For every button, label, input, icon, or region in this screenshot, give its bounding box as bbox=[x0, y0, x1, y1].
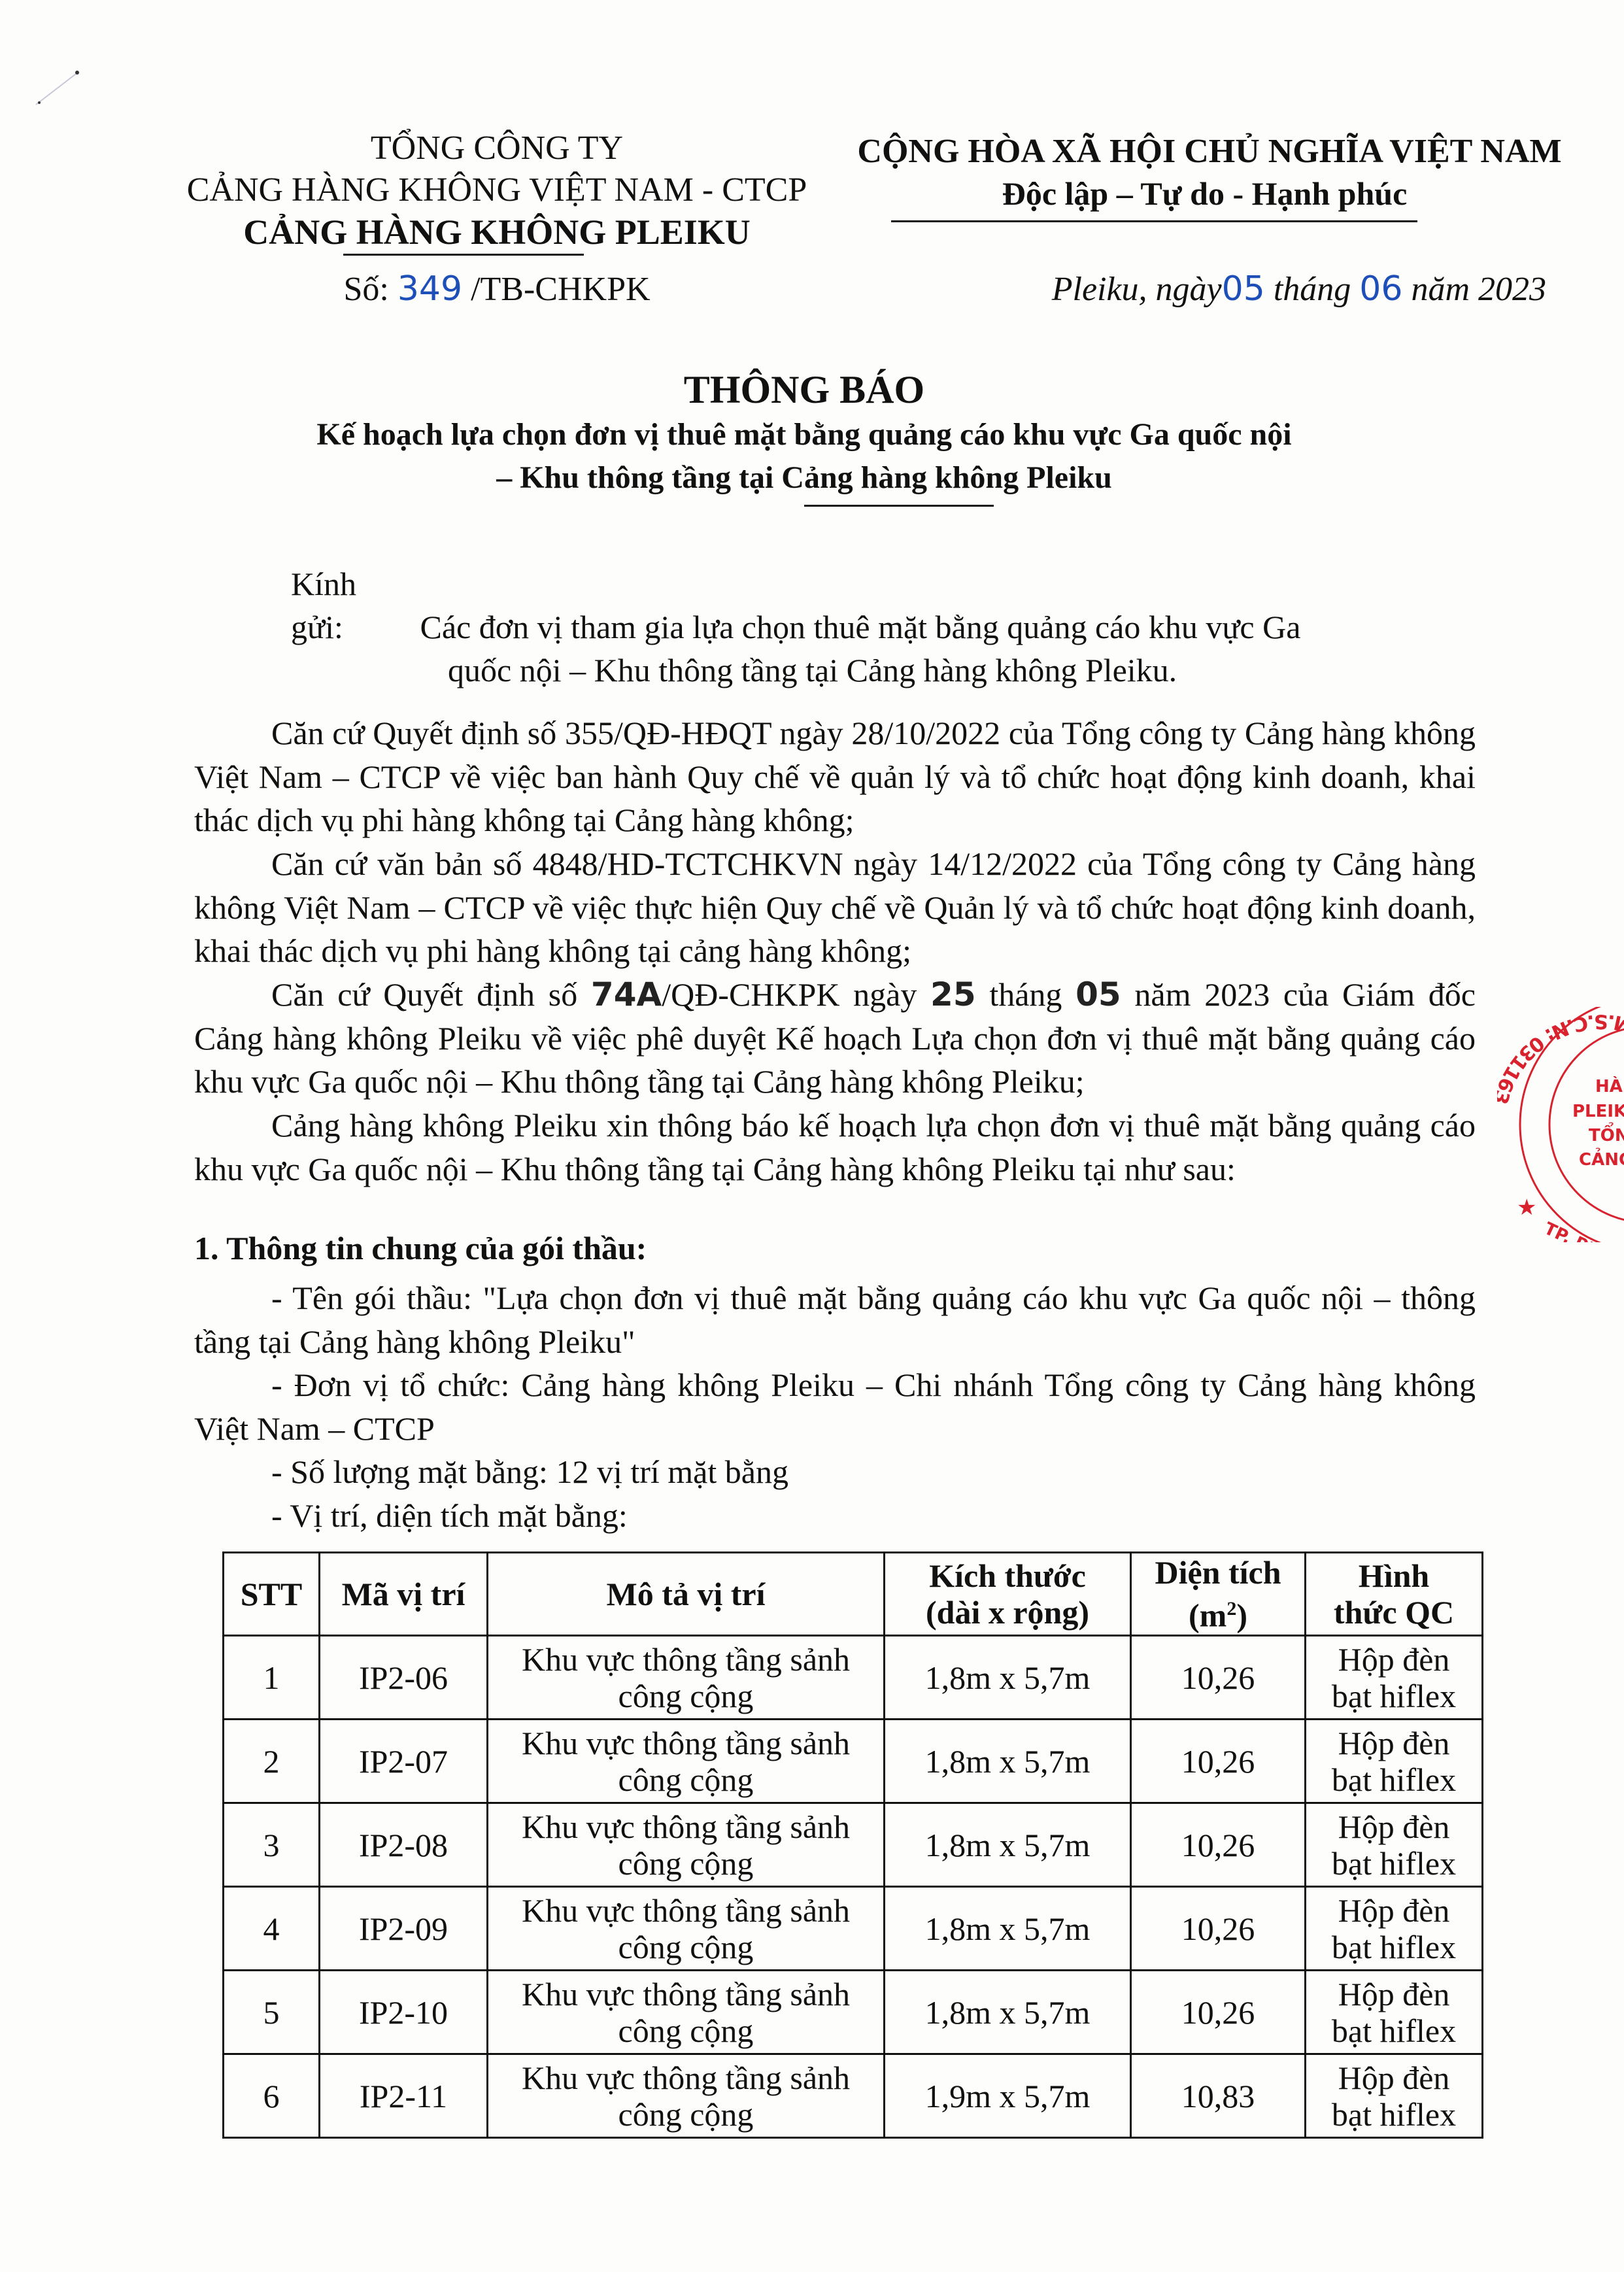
cell-code: IP2-11 bbox=[320, 2054, 488, 2138]
title-underline bbox=[804, 505, 994, 507]
cell-description: Khu vực thông tầng sảnhcông cộng bbox=[488, 1887, 885, 1971]
cell-area: 10,26 bbox=[1131, 1803, 1306, 1887]
table-header-row: STT Mã vị trí Mô tả vị trí Kích thước(dà… bbox=[224, 1553, 1483, 1636]
table-row: 4 IP2-09 Khu vực thông tầng sảnhcông cộn… bbox=[224, 1887, 1483, 1971]
cell-code: IP2-09 bbox=[320, 1887, 488, 1971]
cell-code: IP2-06 bbox=[320, 1636, 488, 1720]
table-row: 1 IP2-06 Khu vực thông tầng sảnhcông cộn… bbox=[224, 1636, 1483, 1720]
col-ad-form: Hìnhthức QC bbox=[1306, 1553, 1483, 1636]
legal-basis-1: Căn cứ Quyết định số 355/QĐ-HĐQT ngày 28… bbox=[194, 711, 1476, 842]
country-name: CỘNG HÒA XÃ HỘI CHỦ NGHĨA VIỆT NAM bbox=[817, 131, 1602, 173]
recipients: Kính gửi: Các đơn vị tham gia lựa chọn t… bbox=[291, 562, 1487, 692]
svg-text:★: ★ bbox=[1517, 1196, 1536, 1220]
cell-ad-form: Hộp đènbạt hiflex bbox=[1306, 1720, 1483, 1803]
cell-description: Khu vực thông tầng sảnhcông cộng bbox=[488, 1803, 885, 1887]
cell-size: 1,9m x 5,7m bbox=[885, 2054, 1131, 2138]
cell-size: 1,8m x 5,7m bbox=[885, 1971, 1131, 2054]
cell-size: 1,8m x 5,7m bbox=[885, 1720, 1131, 1803]
table-row: 5 IP2-10 Khu vực thông tầng sảnhcông cộn… bbox=[224, 1971, 1483, 2054]
col-size: Kích thước(dài x rộng) bbox=[885, 1553, 1131, 1636]
national-header: CỘNG HÒA XÃ HỘI CHỦ NGHĨA VIỆT NAM Độc l… bbox=[817, 131, 1602, 214]
legal-basis-3: Căn cứ Quyết định số 74A/QĐ-CHKPK ngày 2… bbox=[194, 973, 1476, 1104]
national-motto: Độc lập – Tự do - Hạnh phúc bbox=[807, 173, 1602, 214]
col-area: Diện tích(m2) bbox=[1131, 1553, 1306, 1636]
package-name: - Tên gói thầu: "Lựa chọn đơn vị thuê mặ… bbox=[194, 1276, 1476, 1363]
motto-underline bbox=[891, 220, 1417, 222]
document-number: Số: 349 /TB-CHKPK bbox=[144, 269, 850, 309]
cell-area: 10,83 bbox=[1131, 2054, 1306, 2138]
cell-size: 1,8m x 5,7m bbox=[885, 1636, 1131, 1720]
cell-stt: 1 bbox=[224, 1636, 320, 1720]
cell-description: Khu vực thông tầng sảnhcông cộng bbox=[488, 1971, 885, 2054]
svg-text:CẢNG: CẢNG bbox=[1579, 1147, 1624, 1170]
cell-ad-form: Hộp đènbạt hiflex bbox=[1306, 1636, 1483, 1720]
table-row: 6 IP2-11 Khu vực thông tầng sảnhcông cộn… bbox=[224, 2054, 1483, 2138]
handwritten-month: 06 bbox=[1359, 269, 1402, 309]
recipients-label: Kính gửi: bbox=[291, 562, 412, 649]
title-block: THÔNG BÁO Kế hoạch lựa chọn đơn vị thuê … bbox=[183, 366, 1425, 500]
handwritten-number: 349 bbox=[398, 269, 462, 309]
cell-ad-form: Hộp đènbạt hiflex bbox=[1306, 1971, 1483, 2054]
cell-ad-form: Hộp đènbạt hiflex bbox=[1306, 1803, 1483, 1887]
org-parent-line1: TỔNG CÔNG TY bbox=[144, 127, 850, 169]
recipients-text: Các đơn vị tham gia lựa chọn thuê mặt bằ… bbox=[420, 609, 1301, 645]
company-seal: M.S.C.N: 031163 C HÀNG PLEIKU- TỔNG CẢNG… bbox=[1497, 1007, 1624, 1242]
svg-text:PLEIKU-: PLEIKU- bbox=[1572, 1102, 1624, 1121]
cell-size: 1,8m x 5,7m bbox=[885, 1803, 1131, 1887]
svg-text:TỔNG: TỔNG bbox=[1589, 1121, 1624, 1145]
col-description: Mô tả vị trí bbox=[488, 1553, 885, 1636]
document-title: THÔNG BÁO bbox=[183, 366, 1425, 413]
plot-location-label: - Vị trí, diện tích mặt bằng: bbox=[194, 1494, 1476, 1538]
cell-description: Khu vực thông tầng sảnhcông cộng bbox=[488, 1636, 885, 1720]
location-table: STT Mã vị trí Mô tả vị trí Kích thước(dà… bbox=[222, 1551, 1483, 2139]
org-parent-line2: CẢNG HÀNG KHÔNG VIỆT NAM - CTCP bbox=[144, 169, 850, 211]
org-underline bbox=[343, 254, 584, 256]
handwritten-decision-day: 25 bbox=[930, 975, 976, 1013]
org-name: CẢNG HÀNG KHÔNG PLEIKU bbox=[144, 211, 850, 253]
handwritten-decision-month: 05 bbox=[1075, 975, 1121, 1013]
table-row: 3 IP2-08 Khu vực thông tầng sảnhcông cộn… bbox=[224, 1803, 1483, 1887]
plot-count: - Số lượng mặt bằng: 12 vị trí mặt bằng bbox=[194, 1450, 1476, 1494]
cell-stt: 4 bbox=[224, 1887, 320, 1971]
handwritten-day: 05 bbox=[1222, 269, 1265, 309]
col-stt: STT bbox=[224, 1553, 320, 1636]
cell-stt: 6 bbox=[224, 2054, 320, 2138]
legal-basis-2: Căn cứ văn bản số 4848/HD-TCTCHKVN ngày … bbox=[194, 842, 1476, 973]
cell-size: 1,8m x 5,7m bbox=[885, 1887, 1131, 1971]
cell-area: 10,26 bbox=[1131, 1636, 1306, 1720]
col-code: Mã vị trí bbox=[320, 1553, 488, 1636]
scan-mark bbox=[33, 56, 92, 114]
date-line: Pleiku, ngày05 tháng 06 năm 2023 bbox=[817, 269, 1546, 309]
issuing-organization: TỔNG CÔNG TY CẢNG HÀNG KHÔNG VIỆT NAM - … bbox=[144, 127, 850, 253]
cell-stt: 2 bbox=[224, 1720, 320, 1803]
announcement-paragraph: Cảng hàng không Pleiku xin thông báo kế … bbox=[194, 1104, 1476, 1191]
cell-description: Khu vực thông tầng sảnhcông cộng bbox=[488, 2054, 885, 2138]
cell-stt: 3 bbox=[224, 1803, 320, 1887]
cell-area: 10,26 bbox=[1131, 1971, 1306, 2054]
cell-stt: 5 bbox=[224, 1971, 320, 2054]
cell-area: 10,26 bbox=[1131, 1720, 1306, 1803]
table-row: 2 IP2-07 Khu vực thông tầng sảnhcông cộn… bbox=[224, 1720, 1483, 1803]
cell-code: IP2-07 bbox=[320, 1720, 488, 1803]
handwritten-decision-no: 74A bbox=[591, 975, 662, 1013]
svg-text:HÀNG: HÀNG bbox=[1595, 1076, 1624, 1096]
document-subtitle: Kế hoạch lựa chọn đơn vị thuê mặt bằng q… bbox=[183, 413, 1425, 500]
cell-code: IP2-08 bbox=[320, 1803, 488, 1887]
cell-area: 10,26 bbox=[1131, 1887, 1306, 1971]
cell-description: Khu vực thông tầng sảnhcông cộng bbox=[488, 1720, 885, 1803]
cell-code: IP2-10 bbox=[320, 1971, 488, 2054]
cell-ad-form: Hộp đènbạt hiflex bbox=[1306, 1887, 1483, 1971]
organizer: - Đơn vị tổ chức: Cảng hàng không Pleiku… bbox=[194, 1363, 1476, 1450]
cell-ad-form: Hộp đènbạt hiflex bbox=[1306, 2054, 1483, 2138]
section-1-heading: 1. Thông tin chung của gói thầu: bbox=[194, 1229, 647, 1267]
